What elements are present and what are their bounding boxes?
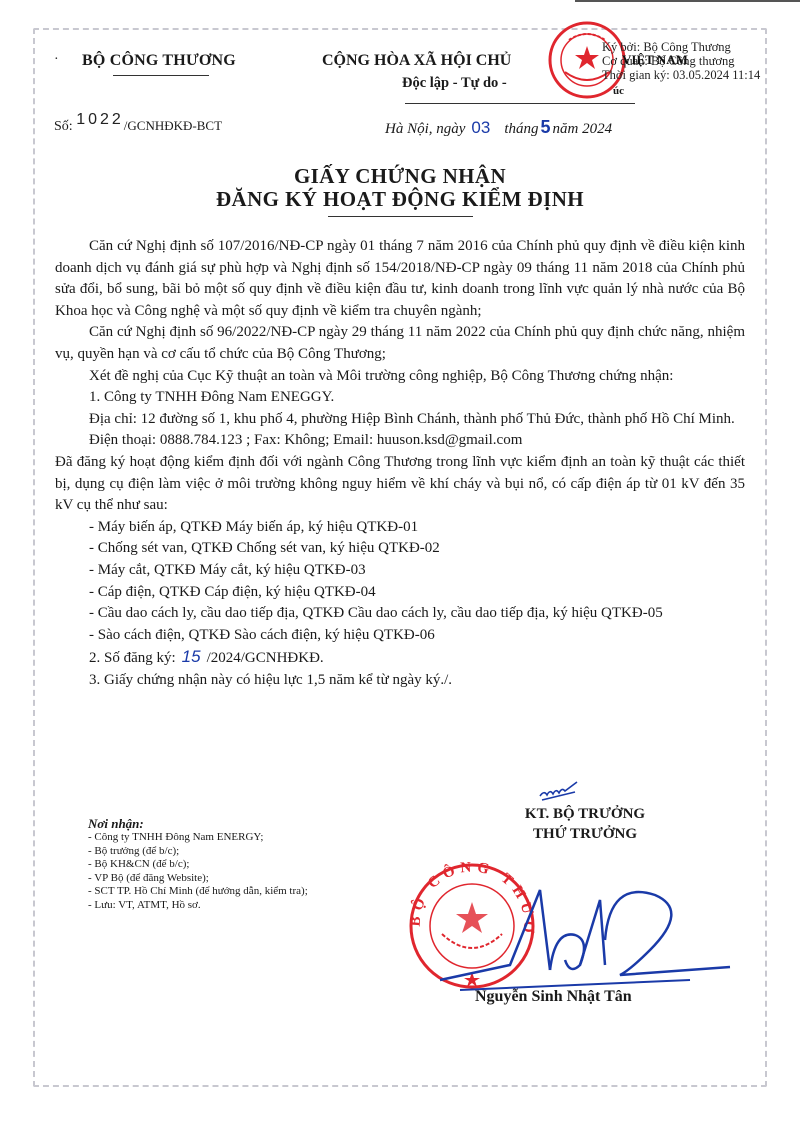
recipient-item: - VP Bộ (để đăng Website); [88, 872, 308, 886]
recipients-block: Nơi nhận: - Công ty TNHH Đông Nam ENERGY… [88, 816, 308, 912]
motto-underline [405, 103, 635, 104]
recipient-item: - Bộ KH&CN (để b/c); [88, 858, 308, 872]
company-address: Địa chỉ: 12 đường số 1, khu phố 4, phườn… [55, 409, 745, 431]
doc-number-handwritten: 1022 [76, 111, 124, 128]
date-day: 03 [471, 118, 490, 137]
handwritten-signature-icon [430, 870, 740, 1000]
document-body: Căn cứ Nghị định số 107/2016/NĐ-CP ngày … [55, 236, 745, 691]
signer-title-2: THỨ TRƯỞNG [460, 826, 710, 843]
list-item: - Sào cách điện, QTKĐ Sào cách điện, ký … [55, 625, 745, 647]
list-item: - Máy biến áp, QTKĐ Máy biến áp, ký hiệu… [55, 517, 745, 539]
company-contact: Điện thoại: 0888.784.123 ; Fax: Không; E… [55, 430, 745, 452]
recipient-item: - Công ty TNHH Đông Nam ENERGY; [88, 831, 308, 845]
reg-prefix: 2. Số đăng ký: [89, 650, 176, 666]
scan-edge-line [575, 0, 800, 2]
ministry-underline [113, 75, 209, 76]
recipients-title: Nơi nhận: [88, 816, 308, 831]
list-item: - Máy cắt, QTKĐ Máy cắt, ký hiệu QTKĐ-03 [55, 560, 745, 582]
list-item: - Chống sét van, QTKĐ Chống sét van, ký … [55, 538, 745, 560]
signer-title-1: KT. BỘ TRƯỞNG [460, 806, 710, 823]
doc-number-suffix: /GCNHĐKĐ-BCT [124, 118, 222, 133]
list-item: - Cáp điện, QTKĐ Cáp điện, ký hiệu QTKĐ-… [55, 582, 745, 604]
recipient-item: - SCT TP. Hồ Chí Minh (để hướng dẫn, kiể… [88, 885, 308, 899]
document-number: Số: 1022/GCNHĐKĐ-BCT [54, 117, 222, 135]
title-underline [328, 216, 473, 217]
scan-dot: · [54, 52, 59, 68]
reg-number-handwritten: 15 [182, 647, 201, 666]
ministry-name: BỘ CÔNG THƯƠNG [82, 52, 236, 70]
proposal-paragraph: Xét đề nghị của Cục Kỹ thuật an toàn và … [55, 366, 745, 388]
document-subtitle: ĐĂNG KÝ HOẠT ĐỘNG KIỂM ĐỊNH [0, 187, 800, 212]
validity-statement: 3. Giấy chứng nhận này có hiệu lực 1,5 n… [55, 670, 745, 692]
doc-number-prefix: Số: [54, 119, 73, 134]
scope-paragraph: Đã đăng ký hoạt động kiểm định đối với n… [55, 452, 745, 517]
document-title: GIẤY CHỨNG NHẬN [0, 164, 800, 189]
recipient-item: - Lưu: VT, ATMT, Hồ sơ. [88, 899, 308, 913]
signed-time: Thời gian ký: 03.05.2024 11:14 [602, 68, 760, 82]
date-year: năm 2024 [553, 121, 613, 137]
country-overlay-text: VIỆT NAM [622, 53, 688, 67]
country-name: CỘNG HÒA XÃ HỘI CHỦ [322, 52, 511, 70]
date-prefix: Hà Nội, ngày [385, 121, 465, 137]
legal-basis-2: Căn cứ Nghị định số 96/2022/NĐ-CP ngày 2… [55, 322, 745, 365]
date-month: 5 [541, 117, 551, 137]
registration-number: 2. Số đăng ký:15/2024/GCNHĐKĐ. [55, 646, 745, 670]
reg-suffix: /2024/GCNHĐKĐ. [207, 650, 324, 666]
recipient-item: - Bộ trưởng (để b/c); [88, 845, 308, 859]
issue-date: Hà Nội, ngày03tháng5năm 2024 [385, 117, 612, 138]
digital-signature-info: Ký bởi: Bộ Công Thương Cơ quan: Bộ Công … [602, 40, 760, 82]
date-month-label: tháng [504, 121, 538, 137]
signer-name: Nguyễn Sinh Nhật Tân [475, 988, 632, 1006]
initials-signature-icon [537, 778, 582, 804]
national-motto: Độc lập - Tự do - [402, 75, 507, 92]
company-name: 1. Công ty TNHH Đông Nam ENEGGY. [55, 387, 745, 409]
legal-basis-1: Căn cứ Nghị định số 107/2016/NĐ-CP ngày … [55, 236, 745, 322]
list-item: - Cầu dao cách ly, cầu dao tiếp địa, QTK… [55, 603, 745, 625]
